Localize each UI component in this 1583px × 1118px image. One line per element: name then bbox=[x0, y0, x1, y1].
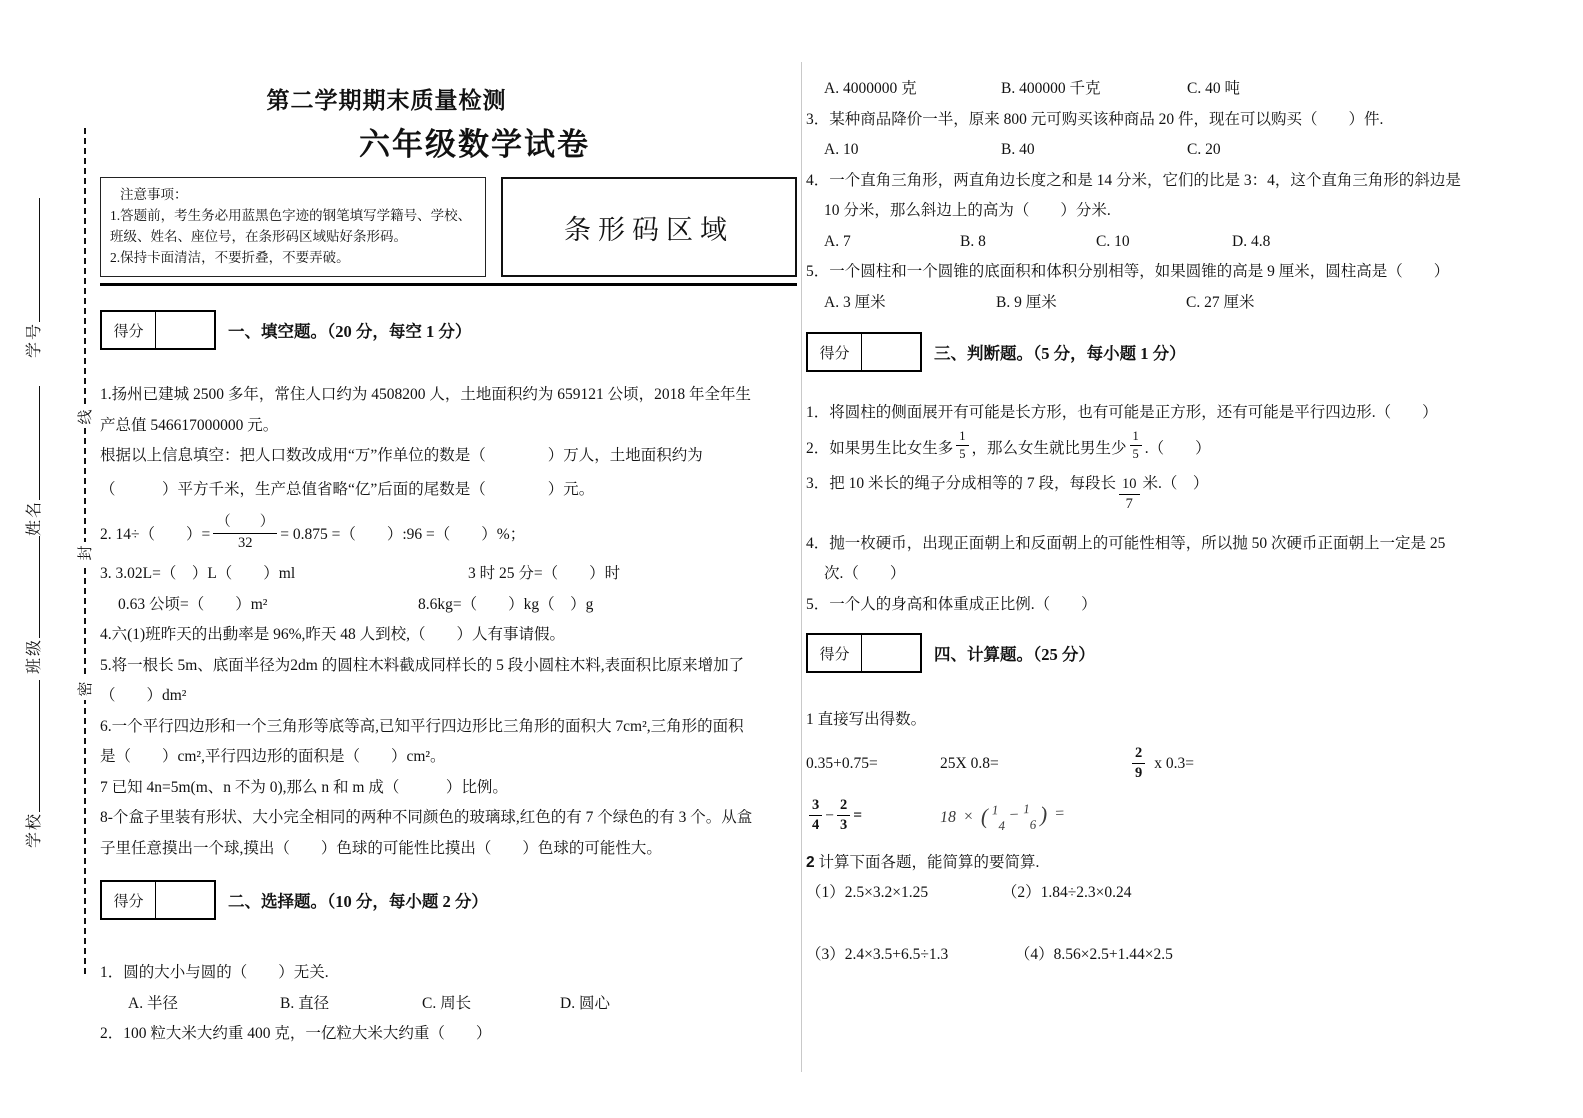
s1-q1-line2: 产总值 546617000000 元。 bbox=[100, 411, 797, 442]
exercise-4: （4）8.56×2.5+1.44×2.5 bbox=[1015, 946, 1173, 963]
notice-box: 注意事项： 1.答题前，考生务必用蓝黑色字迹的钢笔填写学籍号、学校、班级、姓名、… bbox=[100, 177, 486, 277]
option-a: A. 3 厘米 bbox=[824, 288, 996, 319]
score-label: 得分 bbox=[102, 882, 156, 918]
left-column: 第二学期期末质量检测 六年级数学试卷 注意事项： 1.答题前，考生务必用蓝黑色字… bbox=[100, 60, 797, 1050]
section1-score-box: 得分 bbox=[100, 310, 216, 350]
student-id-label: 学号 bbox=[21, 322, 44, 358]
score-label: 得分 bbox=[808, 635, 862, 671]
student-id-field: 学号 bbox=[20, 198, 44, 358]
s4-sub2-heading: 2 计算下面各题，能简算的要简算. bbox=[806, 848, 1510, 879]
s3-q1-line: 1．将圆柱的侧面展开有可能是长方形，也有可能是正方形，还有可能是平行四边形.（ … bbox=[806, 398, 1510, 429]
name-field: 姓名 bbox=[20, 386, 44, 536]
fraction-3-4: 3 4 bbox=[809, 798, 822, 833]
exam-title-line2: 六年级数学试卷 bbox=[126, 119, 823, 164]
s4-calc-row1: 0.35+0.75= 25X 0.8= 2 9 x 0.3= bbox=[806, 744, 1510, 784]
score-input-cell bbox=[862, 635, 920, 671]
section2-heading: 二、选择题。（10 分，每小题 2 分） bbox=[228, 888, 488, 912]
s1-q2-suffix: = 0.875 =（ ）:96 =（ ）%； bbox=[280, 522, 525, 544]
option-a: A. 半径 bbox=[128, 989, 280, 1020]
s2-q2-line: 2．100 粒大米大约重 400 克，一亿粒大米大约重（ ） bbox=[100, 1019, 797, 1050]
fraction-1-5: 1 5 bbox=[956, 430, 968, 461]
calc-item-1: 0.35+0.75= bbox=[806, 755, 940, 773]
section2-score-row: 得分 二、选择题。（10 分，每小题 2 分） bbox=[100, 880, 797, 920]
s1-q3-line1: 3. 3.02L=（ ）L（ ）ml3 时 25 分=（ ）时 bbox=[100, 559, 797, 590]
fraction-10-7: 10 7 bbox=[1119, 477, 1140, 512]
exam-title-line1: 第二学期期末质量检测 bbox=[38, 82, 735, 115]
section3-score-row: 得分 三、判断题。（5 分，每小题 1 分） bbox=[806, 332, 1510, 372]
s2-q1-line: 1．圆的大小与圆的（ ）无关. bbox=[100, 958, 797, 989]
s3-q2-line: 2．如果男生比女生多 1 5 ，那么女生就比男生少 1 5 .（ ） bbox=[806, 429, 1510, 465]
section3-score-box: 得分 bbox=[806, 332, 922, 372]
s4-sub1-heading: 1 直接写出得数。 bbox=[806, 705, 1510, 736]
s3-q3-line: 3．把 10 米长的绳子分成相等的 7 段，每段长 10 7 米.（ ） bbox=[806, 465, 1510, 513]
s4-exercise-row2: （3）2.4×3.5+6.5÷1.3 （4）8.56×2.5+1.44×2.5 bbox=[806, 940, 1510, 971]
option-c: C. 周长 bbox=[422, 989, 560, 1020]
s2-q4-options: A. 7 B. 8 C. 10 D. 4.8 bbox=[806, 227, 1510, 258]
s1-q5-line1: 5.将一根长 5m、底面半径为2dm 的圆柱木料截成同样长的 5 段小圆柱木料,… bbox=[100, 651, 797, 682]
s1-q2-fraction: （ ） 32 bbox=[213, 515, 277, 550]
s1-q2-prefix: 2. 14÷（ ）= bbox=[100, 522, 210, 544]
column-divider bbox=[801, 62, 802, 1072]
exam-paper-page: 学号 姓名 班级 学校 线 封 密 第二学期期末质量检测 六年级数学试卷 注意事… bbox=[0, 0, 1583, 1118]
exercise-3: （3）2.4×3.5+6.5÷1.3 bbox=[806, 940, 1011, 971]
s3-q4-line1: 4．抛一枚硬币，出现正面朝上和反面朝上的可能性相等，所以抛 50 次硬币正面朝上… bbox=[806, 529, 1510, 560]
s1-q1-line1: 1.扬州已建城 2500 多年，常住人口约为 4508200 人，土地面积约为 … bbox=[100, 380, 797, 411]
s2-q1-options: A. 半径 B. 直径 C. 周长 D. 圆心 bbox=[100, 989, 797, 1020]
school-label: 学校 bbox=[21, 812, 44, 848]
option-b: B. 40 bbox=[1001, 135, 1187, 166]
score-label: 得分 bbox=[808, 334, 862, 370]
minus-sign: − bbox=[825, 807, 834, 825]
s1-q6-line1: 6.一个平行四边形和一个三角形等底等高,已知平行四边形比三角形的面积大 7cm²… bbox=[100, 712, 797, 743]
s2-q4-line1: 4．一个直角三角形，两直角边长度之和是 14 分米，它们的比是 3：4，这个直角… bbox=[806, 166, 1510, 197]
fraction-1-5: 1 5 bbox=[1130, 430, 1142, 461]
notice-item-1: 1.答题前，考生务必用蓝黑色字迹的钢笔填写学籍号、学校、班级、姓名、座位号，在条… bbox=[110, 205, 476, 247]
option-c: C. 20 bbox=[1187, 135, 1221, 166]
s1-q4-line: 4.六(1)班昨天的出動率是 96%,昨天 48 人到校,（ ）人有事请假。 bbox=[100, 620, 797, 651]
option-b: B. 400000 千克 bbox=[1001, 74, 1187, 105]
notice-item-2: 2.保持卡面清洁，不要折叠，不要弄破。 bbox=[110, 247, 476, 268]
section4-heading: 四、计算题。（25 分） bbox=[934, 641, 1095, 665]
name-blank-line bbox=[39, 386, 40, 500]
seal-char-xian: 线 bbox=[73, 406, 95, 428]
calc-item-3: x 0.3= bbox=[1154, 755, 1194, 773]
student-id-blank-line bbox=[39, 198, 40, 322]
class-field: 班级 bbox=[20, 536, 44, 674]
s2-q3-line: 3．某种商品降价一半，原来 800 元可购买该种商品 20 件，现在可以购买（ … bbox=[806, 105, 1510, 136]
option-d: D. 4.8 bbox=[1232, 227, 1270, 258]
section1-score-row: 得分 一、填空题。（20 分，每空 1 分） bbox=[100, 310, 797, 350]
s1-q8-line2: 子里任意摸出一个球,摸出（ ）色球的可能性比摸出（ ）色球的可能性大。 bbox=[100, 834, 797, 865]
exercise-2: （2）1.84÷2.3×0.24 bbox=[1002, 884, 1132, 901]
class-label: 班级 bbox=[21, 638, 44, 674]
s1-q5-line2: （ ）dm² bbox=[100, 681, 797, 712]
option-b: B. 直径 bbox=[280, 989, 422, 1020]
s1-q1-line4: （ ）平方千米，生产总值省略“亿”后面的尾数是（ ）元。 bbox=[100, 475, 797, 506]
s4-exercise-row1: （1）2.5×3.2×1.25 （2）1.84÷2.3×0.24 bbox=[806, 878, 1510, 909]
handwritten-fraction-1-6: 1 6 bbox=[1026, 801, 1033, 827]
name-label: 姓名 bbox=[21, 500, 44, 536]
school-field: 学校 bbox=[20, 680, 44, 848]
option-c: C. 40 吨 bbox=[1187, 74, 1240, 105]
seal-char-mi: 密 bbox=[73, 678, 95, 700]
handwritten-expression: 18 × ( 1 4 − 1 6 ) = bbox=[940, 800, 1066, 830]
option-a: A. 10 bbox=[824, 135, 1001, 166]
fraction-2-9: 2 9 bbox=[1132, 746, 1145, 781]
right-column: A. 4000000 克 B. 400000 千克 C. 40 吨 3．某种商品… bbox=[806, 60, 1510, 970]
section3-heading: 三、判断题。（5 分，每小题 1 分） bbox=[934, 340, 1186, 364]
s1-q1-line3: 根据以上信息填空：把人口数改成用“万”作单位的数是（ ）万人，土地面积约为 bbox=[100, 441, 797, 472]
section4-score-box: 得分 bbox=[806, 633, 922, 673]
section4-score-row: 得分 四、计算题。（25 分） bbox=[806, 633, 1510, 673]
option-d: D. 圆心 bbox=[560, 989, 610, 1020]
s1-q8-line1: 8-个盒子里装有形状、大小完全相同的两种不同颜色的玻璃球,红色的有 7 个绿色的… bbox=[100, 803, 797, 834]
notice-title: 注意事项： bbox=[120, 184, 476, 205]
s2-q3-options: A. 10 B. 40 C. 20 bbox=[806, 135, 1510, 166]
option-a: A. 4000000 克 bbox=[824, 74, 1001, 105]
exercise-1: （1）2.5×3.2×1.25 bbox=[806, 878, 998, 909]
class-blank-line bbox=[39, 536, 40, 638]
fraction-2-3: 2 3 bbox=[837, 798, 850, 833]
option-a: A. 7 bbox=[824, 227, 960, 258]
option-c: C. 10 bbox=[1096, 227, 1232, 258]
s3-q5-line: 5．一个人的身高和体重成正比例.（ ） bbox=[806, 590, 1510, 621]
option-b: B. 8 bbox=[960, 227, 1096, 258]
s1-q6-line2: 是（ ）cm²,平行四边形的面积是（ ）cm²。 bbox=[100, 742, 797, 773]
s1-q7-line: 7 已知 4n=5m(m、n 不为 0),那么 n 和 m 成（ ）比例。 bbox=[100, 773, 797, 804]
score-label: 得分 bbox=[102, 312, 156, 348]
option-c: C. 27 厘米 bbox=[1186, 288, 1254, 319]
handwritten-fraction-1-4: 1 4 bbox=[995, 803, 1002, 829]
header-divider-line bbox=[100, 283, 797, 286]
s1-q2-line: 2. 14÷（ ）= （ ） 32 = 0.875 =（ ）:96 =（ ）%； bbox=[100, 513, 797, 553]
s3-q4-line2: 次.（ ） bbox=[806, 559, 1510, 590]
section2-score-box: 得分 bbox=[100, 880, 216, 920]
seal-char-feng: 封 bbox=[73, 542, 95, 564]
school-blank-line bbox=[39, 680, 40, 812]
barcode-area-label: 条形码区域 bbox=[564, 208, 734, 247]
calc-item-2: 25X 0.8= bbox=[940, 755, 1038, 773]
score-input-cell bbox=[156, 312, 214, 348]
s2-q5-options: A. 3 厘米 B. 9 厘米 C. 27 厘米 bbox=[806, 288, 1510, 319]
s1-q3-line2: 0.63 公顷=（ ）m²8.6kg=（ ）kg（ ）g bbox=[100, 590, 797, 621]
s2-q5-line: 5．一个圆柱和一个圆锥的底面积和体积分别相等，如果圆锥的高是 9 厘米，圆柱高是… bbox=[806, 257, 1510, 288]
barcode-area-box: 条形码区域 bbox=[501, 177, 797, 277]
score-input-cell bbox=[156, 882, 214, 918]
option-b: B. 9 厘米 bbox=[996, 288, 1186, 319]
equals-sign: = bbox=[853, 807, 862, 825]
section1-heading: 一、填空题。（20 分，每空 1 分） bbox=[228, 318, 471, 342]
s2-q4-line2: 10 分米，那么斜边上的高为（ ）分米. bbox=[806, 196, 1510, 227]
score-input-cell bbox=[862, 334, 920, 370]
s2-q2-options: A. 4000000 克 B. 400000 千克 C. 40 吨 bbox=[806, 74, 1510, 105]
s4-calc-row2: 3 4 − 2 3 = 18 × ( 1 4 − 1 6 bbox=[806, 794, 1510, 838]
header-boxes: 注意事项： 1.答题前，考生务必用蓝黑色字迹的钢笔填写学籍号、学校、班级、姓名、… bbox=[100, 177, 797, 277]
